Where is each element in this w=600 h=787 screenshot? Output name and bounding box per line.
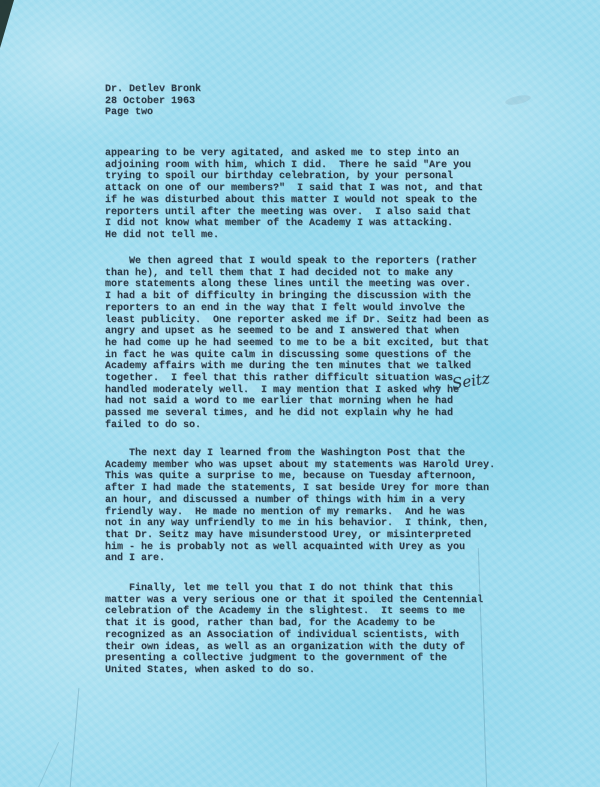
paragraph-2: We then agreed that I would speak to the… — [105, 256, 489, 432]
paper-crease-left — [70, 688, 80, 787]
paper-crease-corner — [38, 742, 59, 787]
page-number-line: Page two — [105, 107, 153, 118]
scan-corner-shadow — [0, 0, 14, 48]
paragraph-3: The next day I learned from the Washingt… — [105, 448, 495, 565]
paper-smudge — [504, 93, 531, 106]
paragraph-1: appearing to be very agitated, and asked… — [105, 148, 483, 242]
recipient-line: Dr. Detlev Bronk — [105, 84, 201, 95]
scanned-letter-page: Dr. Detlev Bronk 28 October 1963 Page tw… — [0, 0, 600, 787]
date-line: 28 October 1963 — [105, 96, 195, 107]
letter-header: Dr. Detlev Bronk 28 October 1963 Page tw… — [105, 84, 201, 119]
paragraph-4: Finally, let me tell you that I do not t… — [105, 583, 483, 677]
insertion-caret-mark: ^ — [433, 386, 441, 396]
